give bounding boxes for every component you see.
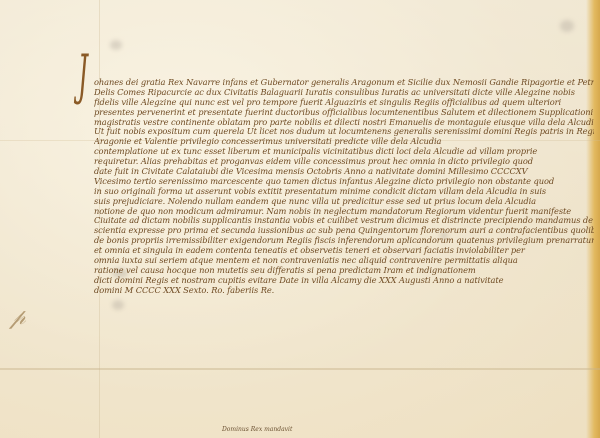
- stain: [560, 20, 574, 32]
- footer-annotation: Dominus Rex mandavit: [222, 426, 292, 433]
- manuscript-line: contemplatione ut ex tunc esset liberum …: [94, 147, 594, 157]
- fold-line-horizontal: [0, 368, 600, 370]
- manuscript-line: Vicesimo tertio serenissimo marcescente …: [94, 177, 594, 187]
- manuscript-line: suis prejudiciare. Nolendo nullam eandem…: [94, 197, 594, 207]
- margin-flourish: 𝓅: [10, 305, 26, 330]
- manuscript-line: omnia iuxta sui seriem atque mentem et n…: [94, 256, 594, 266]
- manuscript-line: Ut fuit nobis expositum cum querela Ut l…: [94, 127, 594, 137]
- manuscript-line: ratione vel causa hocque non mutetis seu…: [94, 266, 594, 276]
- manuscript-line: dicti domini Regis et nostram cupitis ev…: [94, 276, 594, 286]
- stain: [112, 300, 124, 310]
- manuscript-line: scientia expresse pro prima et secunda i…: [94, 226, 594, 236]
- manuscript-text: ohanes dei gratia Rex Navarre infans et …: [94, 78, 594, 296]
- manuscript-line: Ciuitate ad dictam nobilis supplicantis …: [94, 216, 594, 226]
- manuscript-line: requiretur. Alias prehabitas et proganva…: [94, 157, 594, 167]
- manuscript-line: de bonis propriis irremissibiliter exige…: [94, 236, 594, 246]
- manuscript-line: notione de quo non modicum admiramur. Na…: [94, 207, 594, 217]
- manuscript-line: et omnia et singula in eadem contenta te…: [94, 246, 594, 256]
- manuscript-line: Delis Comes Ripacurcie ac dux Civitatis …: [94, 88, 594, 98]
- manuscript-line: Aragonie et Valentie privilegio concesse…: [94, 137, 594, 147]
- manuscript-line: ohanes dei gratia Rex Navarre infans et …: [94, 78, 594, 88]
- manuscript-line: domini M CCCC XXX Sexto. Ro. faberiis Re…: [94, 286, 594, 296]
- manuscript-line: magistratis vestre continente oblatam pr…: [94, 118, 594, 128]
- manuscript-line: in suo originali forma ut asserunt vobis…: [94, 187, 594, 197]
- manuscript-line: fidelis ville Alegzine qui nunc est vel …: [94, 98, 594, 108]
- stain: [110, 40, 122, 50]
- decorated-initial: J: [78, 48, 88, 102]
- manuscript-line: presentes pervenerint et presentate fuer…: [94, 108, 594, 118]
- manuscript-line: date fuit in Civitate Calataiubi die Vic…: [94, 167, 594, 177]
